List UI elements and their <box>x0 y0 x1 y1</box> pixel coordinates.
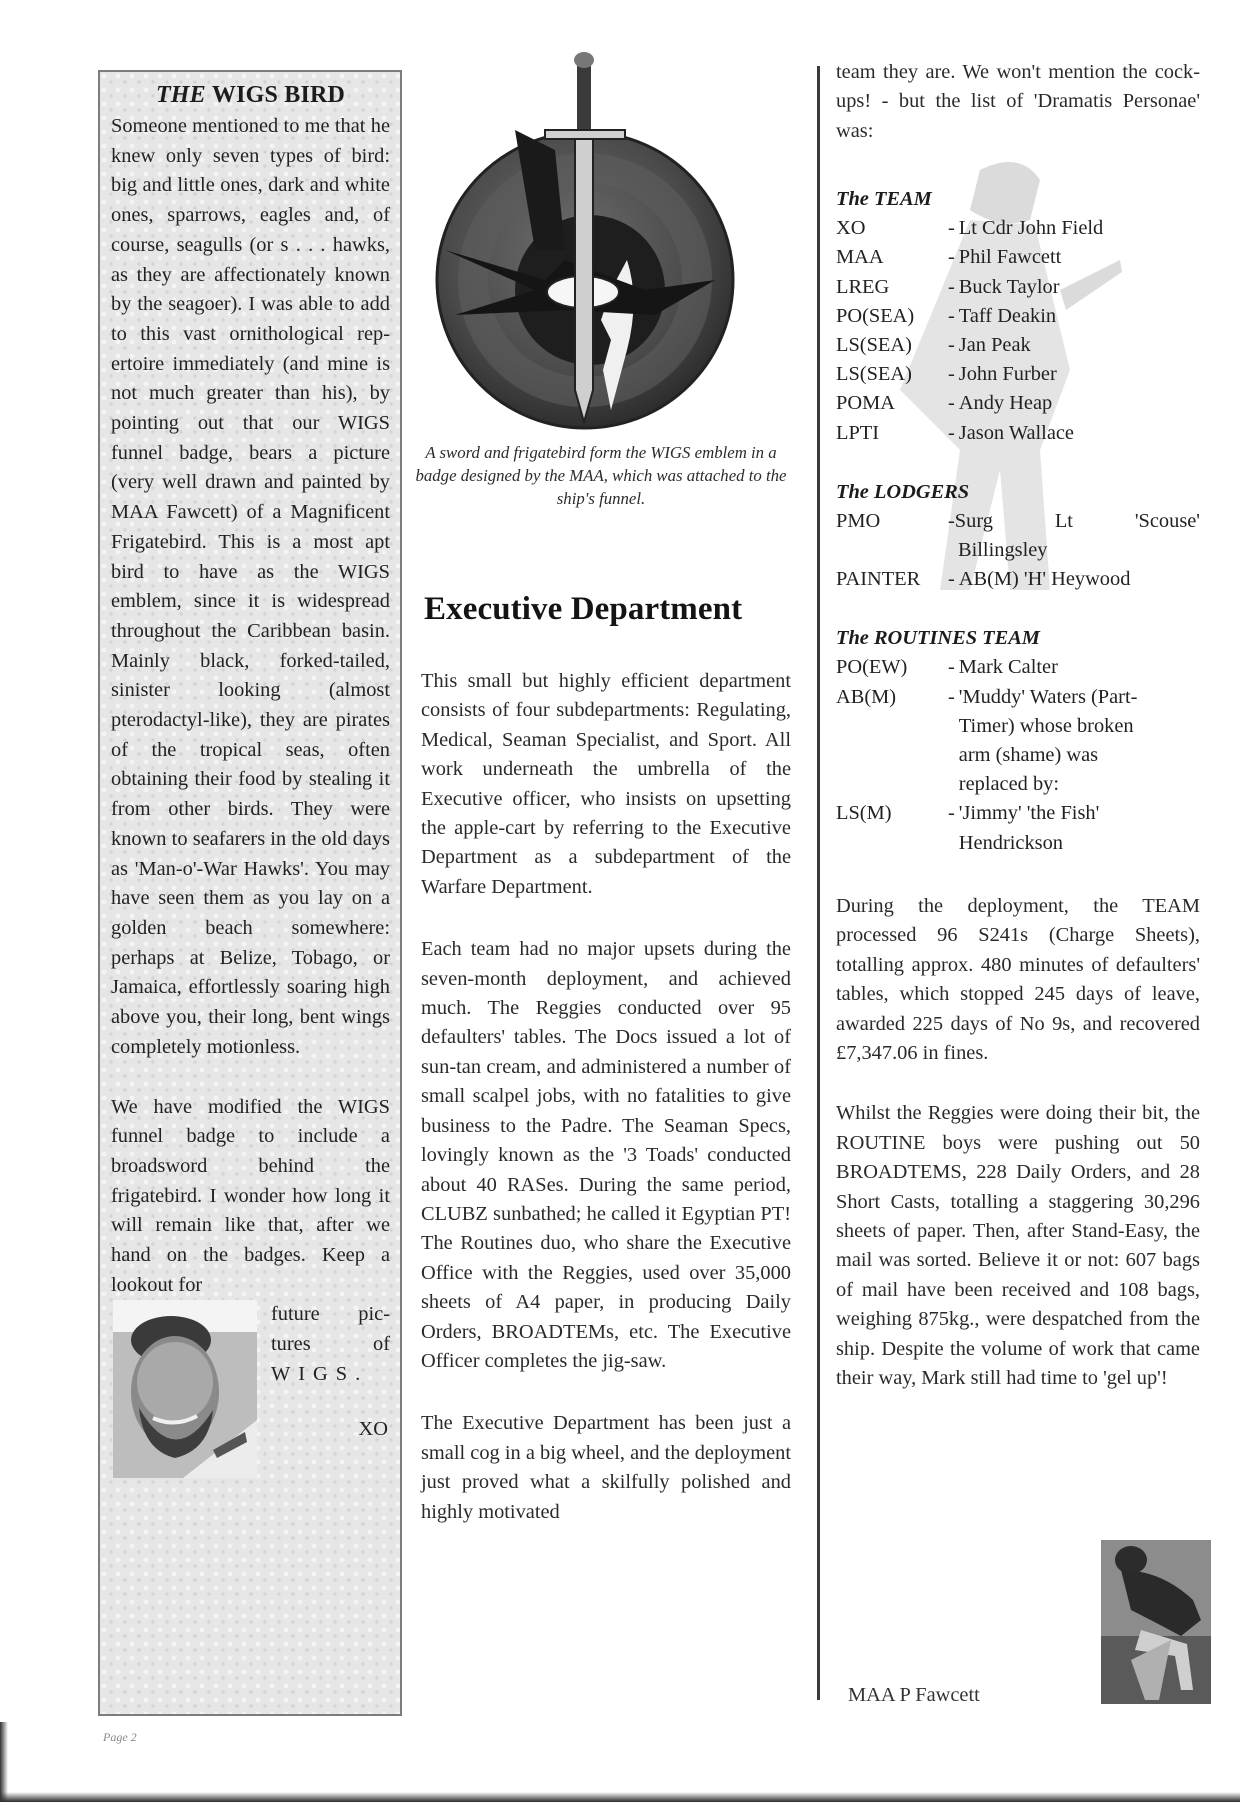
sidebar-paragraph: We have modified the WIGS funnel badge t… <box>111 1093 390 1301</box>
roster-role: PAINTER <box>836 565 948 594</box>
article-title: Executive Department <box>424 591 742 628</box>
sidebar-closing-line: tures of <box>271 1330 390 1360</box>
sidebar-title-italic: THE <box>156 82 206 108</box>
roster-row: PMO -Surg Lt 'Scouse' Billingsley <box>836 507 1200 565</box>
roster-row: PAINTER-AB(M) 'H' Heywood <box>836 565 1200 594</box>
column-divider <box>817 66 820 1700</box>
team-roster: The TEAM XO-Lt Cdr John Field MAA-Phil F… <box>836 185 1200 448</box>
sidebar-footer: future pic- tures of WIGS. XO <box>111 1300 390 1480</box>
article-paragraph: During the deployment, the TEAM processe… <box>836 892 1200 1068</box>
roster-role: LREG <box>836 273 948 302</box>
sidebar-closing-line: future pic- <box>271 1300 390 1330</box>
sidebar-title: THEWIGS BIRD <box>111 80 390 110</box>
roster-name-part: 'Scouse' <box>1135 507 1200 536</box>
roster-row: AB(M)-'Muddy' Waters (Part-Timer) whose … <box>836 683 1200 800</box>
roster-name: AB(M) 'H' Heywood <box>959 568 1131 590</box>
roster-name: Jan Peak <box>959 334 1031 356</box>
roster-row: PO(EW)-Mark Calter <box>836 653 1200 682</box>
roster-row: POMA-Andy Heap <box>836 389 1200 418</box>
article-paragraph: Whilst the Reggies were doing their bit,… <box>836 1099 1200 1393</box>
roster-role: POMA <box>836 389 948 418</box>
roster-role: AB(M) <box>836 683 948 800</box>
article-paragraph: This small but highly efficient departme… <box>421 667 791 902</box>
article-signature: MAA P Fawcett <box>848 1684 980 1707</box>
wigs-badge-illustration <box>415 50 735 440</box>
article-paragraph: Each team had no major upsets during the… <box>421 935 791 1376</box>
exercising-figure-image-icon <box>1101 1540 1211 1704</box>
roster-heading-team: The TEAM <box>836 185 1200 214</box>
roster-role: XO <box>836 214 948 243</box>
page-edge-shadow-left <box>0 1722 8 1802</box>
xo-portrait-photo <box>113 1300 257 1478</box>
roster-row: LS(SEA)-Jan Peak <box>836 331 1200 360</box>
roster-role: PMO <box>836 507 948 565</box>
roster-name: Billingsley <box>948 536 1200 565</box>
roster-role: PO(SEA) <box>836 302 948 331</box>
roster-role: MAA <box>836 243 948 272</box>
wigs-bird-sidebar: THEWIGS BIRD Someone mentioned to me tha… <box>98 70 402 1716</box>
roster-row: MAA-Phil Fawcett <box>836 243 1200 272</box>
roster-name: Taff Deakin <box>959 305 1056 327</box>
roster-role: PO(EW) <box>836 653 948 682</box>
roster-name-part: -Surg <box>948 507 993 536</box>
routines-roster: The ROUTINES TEAM PO(EW)-Mark Calter AB(… <box>836 624 1200 857</box>
roster-name: Jason Wallace <box>959 422 1074 444</box>
lodgers-roster: The LODGERS PMO -Surg Lt 'Scouse' Billin… <box>836 478 1200 595</box>
exercise-photo <box>1101 1540 1211 1704</box>
article-body-column-2: team they are. We won't mention the cock… <box>836 58 1200 1393</box>
article-body-column-1: This small but highly efficient departme… <box>421 667 791 1527</box>
roster-role: LS(SEA) <box>836 331 948 360</box>
roster-name: Phil Fawcett <box>959 246 1062 268</box>
roster-name: Andy Heap <box>959 392 1052 414</box>
roster-row: LREG-Buck Taylor <box>836 273 1200 302</box>
portrait-image-icon <box>113 1300 257 1478</box>
roster-heading-lodgers: The LODGERS <box>836 478 1200 507</box>
roster-role: LS(M) <box>836 799 948 857</box>
article-continuation: team they are. We won't mention the cock… <box>836 58 1200 146</box>
sidebar-title-rest: WIGS BIRD <box>212 82 345 108</box>
sidebar-closing-line: WIGS. <box>271 1360 390 1390</box>
badge-caption: A sword and frigatebird form the WIGS em… <box>414 441 788 510</box>
sidebar-closing-text: future pic- tures of WIGS. <box>271 1300 390 1389</box>
roster-row: LS(M)-'Jimmy' 'the Fish' Hendrickson <box>836 799 1200 857</box>
sidebar-signature: XO <box>359 1418 388 1441</box>
roster-name: 'Muddy' Waters (Part-Timer) whose broken… <box>959 683 1159 800</box>
page-number: Page 2 <box>103 1730 137 1745</box>
roster-name: Lt Cdr John Field <box>959 217 1103 239</box>
roster-row: LS(SEA)-John Furber <box>836 360 1200 389</box>
roster-row: XO-Lt Cdr John Field <box>836 214 1200 243</box>
article-paragraph: The Executive Department has been just a… <box>421 1409 791 1527</box>
page-edge-shadow <box>0 1792 1240 1802</box>
roster-name: Buck Taylor <box>959 276 1060 298</box>
roster-row: PO(SEA)-Taff Deakin <box>836 302 1200 331</box>
roster-role: LS(SEA) <box>836 360 948 389</box>
roster-name: John Furber <box>959 363 1057 385</box>
roster-heading-routines: The ROUTINES TEAM <box>836 624 1200 653</box>
sidebar-paragraph: Someone mentioned to me that he knew onl… <box>111 112 390 1063</box>
roster-name: 'Jimmy' 'the Fish' Hendrickson <box>959 799 1159 857</box>
roster-name-part: Lt <box>1055 507 1073 536</box>
roster-row: LPTI-Jason Wallace <box>836 419 1200 448</box>
sword-frigatebird-badge-icon <box>415 50 735 440</box>
roster-role: LPTI <box>836 419 948 448</box>
roster-name: Mark Calter <box>959 656 1058 678</box>
